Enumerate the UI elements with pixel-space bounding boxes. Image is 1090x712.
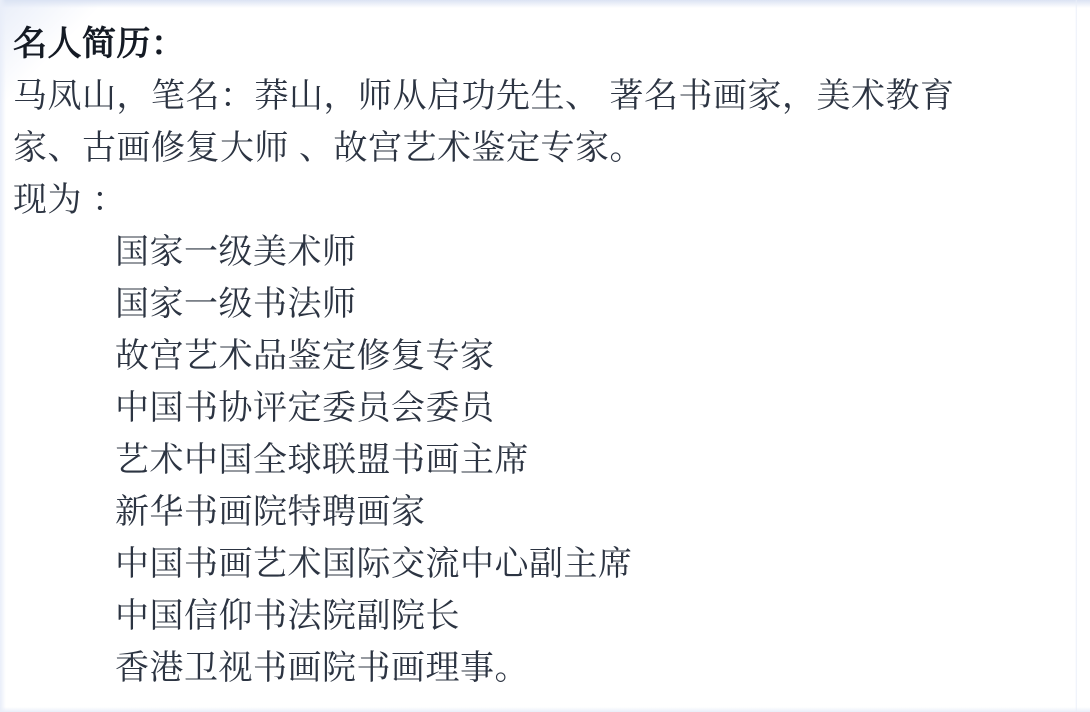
bio-intro-line-2: 家、古画修复大师 、故宫艺术鉴定专家。 bbox=[13, 122, 1080, 174]
list-item: 中国书画艺术国际交流中心副主席 bbox=[115, 538, 1080, 590]
list-item: 中国书协评定委员会委员 bbox=[115, 382, 1080, 434]
page-title: 名人简历： bbox=[13, 18, 1080, 70]
list-item: 中国信仰书法院副院长 bbox=[115, 590, 1080, 642]
list-item: 国家一级美术师 bbox=[115, 226, 1080, 278]
positions-list: 国家一级美术师 国家一级书法师 故宫艺术品鉴定修复专家 中国书协评定委员会委员 … bbox=[115, 226, 1080, 694]
page-edge-bottom-tint bbox=[0, 707, 1090, 712]
list-item: 故宫艺术品鉴定修复专家 bbox=[115, 330, 1080, 382]
list-item: 艺术中国全球联盟书画主席 bbox=[115, 434, 1080, 486]
biography-document: 名人简历： 马凤山，笔名：莽山，师从启功先生、 著名书画家，美术教育 家、古画修… bbox=[0, 0, 1090, 712]
list-item: 香港卫视书画院书画理事。 bbox=[115, 642, 1080, 694]
current-positions-label: 现为 ： bbox=[13, 174, 1080, 226]
bio-intro-line-1: 马凤山，笔名：莽山，师从启功先生、 著名书画家，美术教育 bbox=[13, 70, 1080, 122]
list-item: 新华书画院特聘画家 bbox=[115, 486, 1080, 538]
list-item: 国家一级书法师 bbox=[115, 278, 1080, 330]
